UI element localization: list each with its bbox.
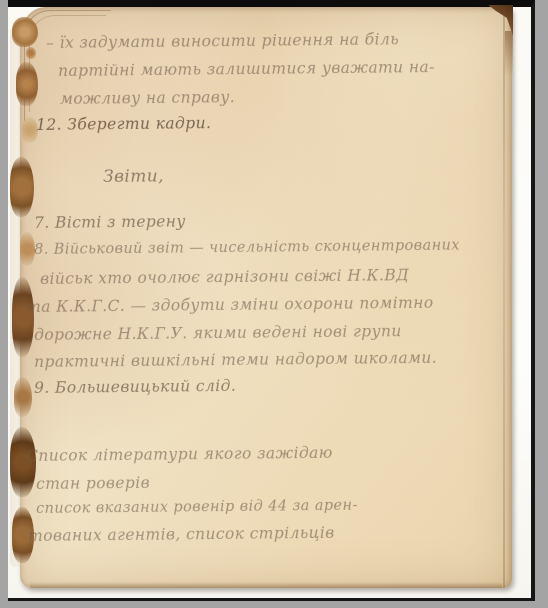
right-edge-stain	[505, 31, 513, 77]
stain-blob	[26, 47, 36, 59]
handwritten-line: 12. Зберегти кадри.	[36, 114, 211, 134]
stain-blob	[16, 62, 38, 106]
page-edge-crease	[503, 7, 505, 588]
scanned-image: – їх задумати виносити рішення на біль п…	[0, 0, 548, 608]
handwritten-line: Список літератури якого зажідаю	[26, 444, 333, 465]
handwritten-line: практичні вишкільні теми надором школами…	[34, 349, 437, 371]
handwritten-line: стан роверів	[36, 474, 150, 493]
handwritten-line: партійні мають залишитися уважати на-	[58, 58, 435, 80]
handwritten-line: можливу на справу.	[60, 88, 235, 108]
handwritten-line: дорожне Н.К.Г.У. якими ведені нові групи	[34, 322, 402, 344]
manuscript-page: – їх задумати виносити рішення на біль п…	[20, 7, 512, 588]
handwritten-line: та К.К.Г.С. — здобути зміни охорони помі…	[26, 294, 434, 316]
handwritten-line: 8. Військовий звіт — чисельність сконцен…	[34, 238, 460, 258]
handwritten-line: список вказаних ровенір від 44 за арен-	[36, 498, 358, 517]
handwritten-line: тованих агентів, список стрільців	[28, 524, 335, 545]
handwritten-line: 9. Большевицький слід.	[34, 377, 236, 397]
stain-blob	[20, 232, 35, 266]
handwritten-line: Звіти,	[103, 166, 164, 187]
handwritten-line: військ хто очолює гарнізони свіжі Н.К.ВД	[40, 266, 409, 288]
handwritten-line: 7. Вісті з терену	[34, 212, 186, 232]
handwritten-line: – їх задумати виносити рішення на біль	[46, 30, 399, 52]
page-bottom-shadow	[30, 582, 502, 588]
